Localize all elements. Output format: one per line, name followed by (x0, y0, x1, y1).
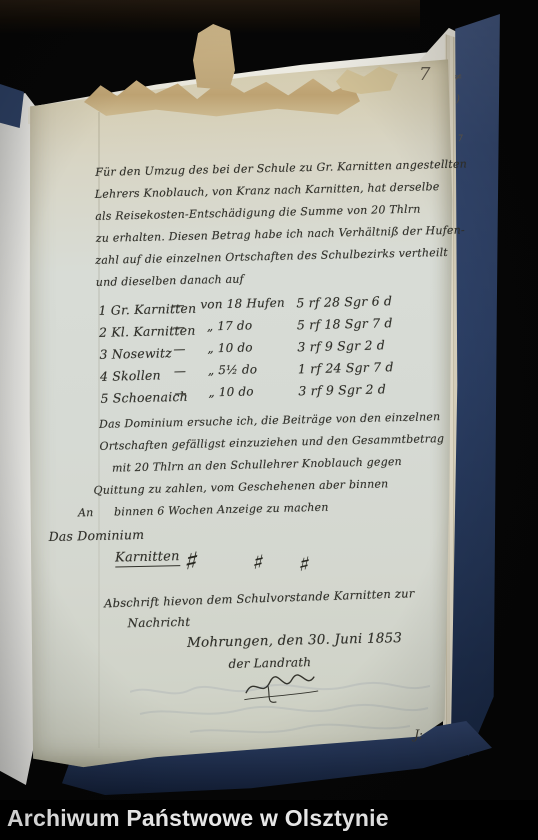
archive-caption-bar: Archiwum Państwowe w Olsztynie (0, 800, 538, 840)
copy-note-line: Nachricht (127, 615, 190, 630)
allocation-row: 4 Skollen — „ 5½ do 1 rf 24 Sgr 7 d (100, 364, 161, 384)
body-line: und dieselben danach auf (96, 273, 244, 289)
body-line: als Reisekosten-Entschädigung die Summe … (95, 203, 421, 223)
dateline: Mohrungen, den 30. Juni 1853 (187, 630, 402, 651)
row-locality: 3 Nosewitz (99, 345, 172, 362)
row-hufen: von 18 Hufen (200, 296, 285, 312)
archive-caption-text: Archiwum Państwowe w Olsztynie (0, 800, 538, 832)
row-amount: 5 rf 18 Sgr 7 d (297, 315, 393, 332)
archive-photo: Für den Umzug des bei der Schule zu Gr. … (0, 0, 538, 840)
signoff: der Landrath (228, 655, 311, 671)
flourish-dash: — (172, 298, 183, 312)
addressee-place: Karnitten (115, 549, 180, 567)
addressee: Das Dominium (48, 527, 144, 544)
flourish-dash: — (174, 386, 185, 400)
allocation-row: 2 Kl. Karnitten — „ 17 do 5 rf 18 Sgr 7 … (99, 320, 196, 341)
row-amount: 1 rf 24 Sgr 7 d (298, 359, 394, 376)
body-line: Lehrers Knoblauch, von Kranz nach Karnit… (95, 180, 440, 201)
request-line: mit 20 Thlrn an den Schullehrer Knoblauc… (112, 455, 402, 475)
row-locality: 4 Skollen (100, 367, 161, 383)
flourish-dash: — (173, 342, 184, 356)
request-line: Das Dominium ersuche ich, die Beiträge v… (99, 410, 441, 431)
copy-note-line: Abschrift hievon dem Schulvorstande Karn… (104, 586, 415, 610)
request-line: Ortschaften gefälligst einzuziehen und d… (99, 432, 444, 453)
row-hufen: „ 5½ do (208, 362, 258, 377)
row-hufen: „ 10 do (207, 340, 253, 355)
edge-pencil-mark: ) (456, 94, 460, 105)
request-line: Quittung zu zahlen, vom Geschehenen aber… (93, 477, 388, 497)
row-amount: 3 rf 9 Sgr 2 d (297, 337, 385, 354)
flourish-dash: — (173, 320, 184, 334)
edge-pencil-mark: ≠ (454, 72, 462, 83)
body-line: zahl auf die einzelnen Ortschaften des S… (95, 246, 448, 267)
body-line: Für den Umzug des bei der Schule zu Gr. … (95, 157, 467, 178)
request-line: binnen 6 Wochen Anzeige zu machen (114, 501, 329, 519)
row-hufen: „ 17 do (207, 318, 253, 333)
body-line: zu erhalten. Diesen Betrag habe ich nach… (96, 224, 465, 245)
ink-bleedthrough (130, 680, 430, 740)
allocation-row: 5 Schoenaich — „ 10 do 3 rf 9 Sgr 2 d (100, 386, 188, 407)
tally-mark: ♯ (297, 551, 312, 577)
edge-pencil-mark: ⁊ (457, 132, 462, 143)
margin-word: An (78, 506, 94, 519)
allocation-row: 3 Nosewitz — „ 10 do 3 rf 9 Sgr 2 d (99, 342, 172, 363)
row-amount: 3 rf 9 Sgr 2 d (298, 381, 386, 398)
tally-mark: ♯ (251, 549, 266, 575)
allocation-row: 1 Gr. Karnitten — von 18 Hufen 5 rf 28 S… (98, 298, 196, 319)
row-hufen: „ 10 do (208, 384, 254, 399)
pencil-page-number: 7 (419, 64, 430, 85)
tally-mark: ♯ (182, 546, 201, 578)
row-amount: 5 rf 28 Sgr 6 d (296, 293, 392, 310)
flourish-dash: — (174, 364, 185, 378)
